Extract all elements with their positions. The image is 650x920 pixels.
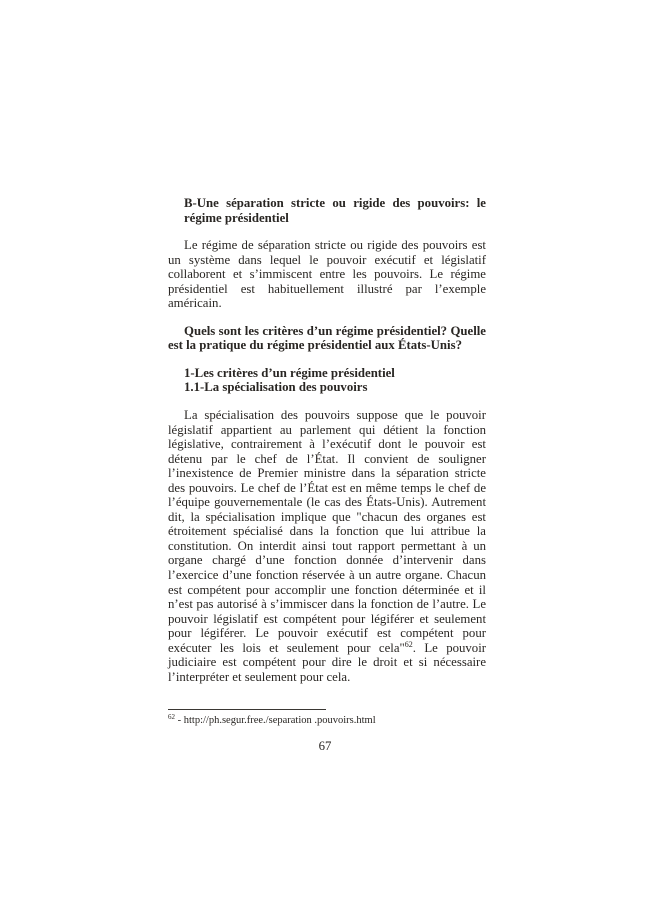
- text-column: B-Une séparation stricte ou rigide des p…: [168, 196, 486, 684]
- footnote-url-text: - http://ph.segur.free./separation .pouv…: [175, 715, 376, 726]
- main-paragraph-text-before: La spécialisation des pouvoirs suppose q…: [168, 408, 486, 655]
- subheading-block: 1-Les critères d’un régime présidentiel …: [168, 366, 486, 395]
- main-paragraph: La spécialisation des pouvoirs suppose q…: [168, 408, 486, 684]
- subheading-1: 1-Les critères d’un régime présidentiel: [184, 366, 486, 381]
- question-paragraph: Quels sont les critères d’un régime prés…: [168, 324, 486, 353]
- section-heading-b: B-Une séparation stricte ou rigide des p…: [168, 196, 486, 225]
- footnote-marker: 62: [168, 713, 175, 721]
- page-number: 67: [0, 739, 650, 754]
- footnote-area: 62 - http://ph.segur.free./separation .p…: [168, 709, 486, 727]
- intro-paragraph: Le régime de séparation stricte ou rigid…: [168, 238, 486, 311]
- document-page: B-Une séparation stricte ou rigide des p…: [0, 0, 650, 920]
- footnote: 62 - http://ph.segur.free./separation .p…: [168, 714, 486, 727]
- footnote-separator: [168, 709, 326, 710]
- subheading-1-1: 1.1-La spécialisation des pouvoirs: [184, 380, 486, 395]
- footnote-reference: 62: [405, 640, 413, 649]
